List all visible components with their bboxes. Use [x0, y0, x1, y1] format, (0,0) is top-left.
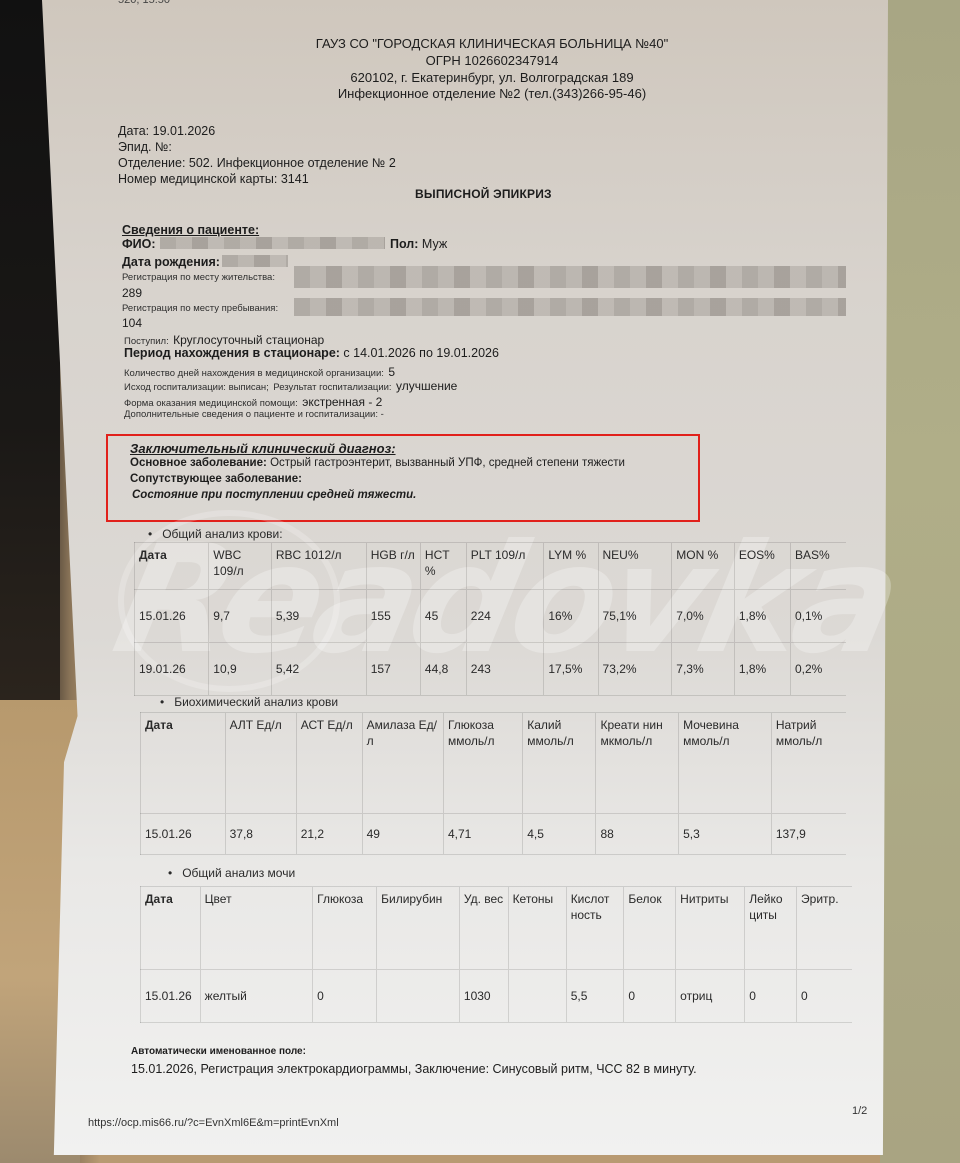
- table-cell: 49: [362, 814, 443, 855]
- department-phone: Инфекционное отделение №2 (тел.(343)266-…: [282, 86, 702, 101]
- ogrn: ОГРН 1026602347914: [282, 53, 702, 68]
- biochem-table: ДатаАЛТ Ед/лАСТ Ед/лАмилаза Ед/лГлюкоза …: [140, 712, 846, 855]
- footer-url: https://ocp.mis66.ru/?c=EvnXml6E&m=print…: [88, 1117, 339, 1129]
- form-value: экстренная - 2: [302, 395, 382, 409]
- address: 620102, г. Екатеринбург, ул. Волгоградск…: [282, 70, 702, 85]
- table-row: 15.01.2637,821,2494,714,5885,3137,9: [141, 814, 847, 855]
- sex-value: Муж: [422, 237, 447, 251]
- table-cell: 5,3: [679, 814, 772, 855]
- patient-section-title: Сведения о пациенте:: [122, 223, 259, 237]
- redacted-fio: [160, 237, 385, 249]
- table-cell: 157: [366, 643, 420, 696]
- period-field: Период нахождения в стационаре: с 14.01.…: [124, 346, 499, 360]
- extra-info: Дополнительные сведения о пациенте и гос…: [124, 409, 384, 420]
- table-cell: 224: [466, 590, 544, 643]
- column-header: Мочевина ммоль/л: [679, 713, 772, 814]
- column-header: Дата: [141, 713, 226, 814]
- period-label: Период нахождения в стационаре:: [124, 346, 340, 360]
- table-cell: 15.01.26: [141, 970, 201, 1023]
- auto-field-label: Автоматически именованное поле:: [131, 1046, 306, 1057]
- doc-date: Дата: 19.01.2026: [118, 124, 215, 138]
- table-cell: 17,5%: [544, 643, 598, 696]
- column-header: HGB г/л: [366, 543, 420, 590]
- table-cell: 73,2%: [598, 643, 672, 696]
- redacted-stay: [294, 298, 846, 316]
- urine-title: • Общий анализ мочи: [168, 866, 295, 880]
- table-cell: 9,7: [209, 590, 272, 643]
- redacted-residence: [294, 266, 846, 288]
- column-header: Амилаза Ед/л: [362, 713, 443, 814]
- fio-label: ФИО:: [122, 237, 156, 251]
- card-number: Номер медицинской карты: 3141: [118, 172, 309, 186]
- concomitant-disease: Сопутствующее заболевание:: [130, 473, 302, 485]
- table-row: 19.01.2610,95,4215744,824317,5%73,2%7,3%…: [135, 643, 847, 696]
- table-cell: 7,0%: [672, 590, 735, 643]
- column-header: WBC 109/л: [209, 543, 272, 590]
- table-cell: 7,3%: [672, 643, 735, 696]
- column-header: АСТ Ед/л: [296, 713, 362, 814]
- column-header: Дата: [135, 543, 209, 590]
- form-label: Форма оказания медицинской помощи:: [124, 398, 298, 409]
- redacted-birthdate: [222, 255, 288, 267]
- reg-residence-label: Регистрация по месту жительства:: [122, 272, 275, 283]
- reg-stay-label: Регистрация по месту пребывания:: [122, 303, 278, 314]
- column-header: Кислот ность: [566, 887, 624, 970]
- table-cell: 75,1%: [598, 590, 672, 643]
- biochem-title-text: Биохимический анализ крови: [174, 695, 338, 709]
- urine-table: ДатаЦветГлюкозаБилирубинУд. весКетоныКис…: [140, 886, 852, 1023]
- column-header: Глюкоза ммоль/л: [443, 713, 522, 814]
- blood-general-title-text: Общий анализ крови:: [162, 527, 282, 541]
- column-header: Цвет: [200, 887, 312, 970]
- page-number: 1/2: [852, 1105, 867, 1117]
- birth-label: Дата рождения:: [122, 255, 220, 269]
- table-cell: 0: [313, 970, 377, 1023]
- urine-title-text: Общий анализ мочи: [182, 866, 295, 880]
- column-header: MON %: [672, 543, 735, 590]
- table-cell: 88: [596, 814, 679, 855]
- table-cell: 0,1%: [790, 590, 846, 643]
- table-cell: 137,9: [771, 814, 846, 855]
- org-name: ГАУЗ СО "ГОРОДСКАЯ КЛИНИЧЕСКАЯ БОЛЬНИЦА …: [282, 36, 702, 51]
- table-header-row: ДатаЦветГлюкозаБилирубинУд. весКетоныКис…: [141, 887, 853, 970]
- column-header: Кетоны: [508, 887, 566, 970]
- table-cell: отриц: [676, 970, 745, 1023]
- auto-field-text: 15.01.2026, Регистрация электрокардиогра…: [131, 1062, 697, 1076]
- table-cell: 0: [624, 970, 676, 1023]
- table-cell: 1,8%: [734, 643, 790, 696]
- column-header: АЛТ Ед/л: [225, 713, 296, 814]
- admitted-value: Круглосуточный стационар: [173, 333, 324, 347]
- result-label: Результат госпитализации:: [273, 382, 391, 393]
- table-cell: 0: [745, 970, 797, 1023]
- column-header: Белок: [624, 887, 676, 970]
- table-cell: 45: [420, 590, 466, 643]
- table-cell: 0,2%: [790, 643, 846, 696]
- table-cell: 4,5: [523, 814, 596, 855]
- table-row: 15.01.26желтый010305,50отриц00: [141, 970, 853, 1023]
- column-header: EOS%: [734, 543, 790, 590]
- table-cell: желтый: [200, 970, 312, 1023]
- table-cell: 1,8%: [734, 590, 790, 643]
- main-disease-label: Основное заболевание:: [130, 457, 267, 469]
- sex-label: Пол:: [390, 237, 418, 251]
- outcome-label: Исход госпитализации: выписан;: [124, 382, 269, 393]
- column-header: Дата: [141, 887, 201, 970]
- column-header: LYM %: [544, 543, 598, 590]
- column-header: RBC 1012/л: [271, 543, 366, 590]
- reg-residence-tail: 289: [122, 286, 142, 300]
- column-header: BAS%: [790, 543, 846, 590]
- diagnosis-title: Заключительный клинический диагноз:: [130, 441, 396, 456]
- column-header: Натрий ммоль/л: [771, 713, 846, 814]
- table-cell: 15.01.26: [141, 814, 226, 855]
- column-header: Калий ммоль/л: [523, 713, 596, 814]
- column-header: Нитриты: [676, 887, 745, 970]
- doc-title: ВЫПИСНОЙ ЭПИКРИЗ: [415, 187, 552, 201]
- department: Отделение: 502. Инфекционное отделение №…: [118, 156, 396, 170]
- table-cell: 10,9: [209, 643, 272, 696]
- column-header: NEU%: [598, 543, 672, 590]
- sex-field: Пол: Муж: [390, 237, 447, 251]
- biochem-title: • Биохимический анализ крови: [160, 695, 338, 709]
- table-header-row: ДатаАЛТ Ед/лАСТ Ед/лАмилаза Ед/лГлюкоза …: [141, 713, 847, 814]
- main-disease: Основное заболевание: Острый гастроэнтер…: [130, 457, 625, 469]
- top-cut-text: 520, 15:50: [118, 0, 170, 6]
- table-cell: 243: [466, 643, 544, 696]
- column-header: Билирубин: [377, 887, 460, 970]
- period-value: с 14.01.2026 по 19.01.2026: [343, 346, 499, 360]
- table-cell: 21,2: [296, 814, 362, 855]
- column-header: Глюкоза: [313, 887, 377, 970]
- discharge-document: 520, 15:50 ГАУЗ СО "ГОРОДСКАЯ КЛИНИЧЕСКА…: [0, 0, 960, 1163]
- table-cell: 5,39: [271, 590, 366, 643]
- column-header: Уд. вес: [459, 887, 508, 970]
- table-header-row: ДатаWBC 109/лRBC 1012/лHGB г/лHCT %PLT 1…: [135, 543, 847, 590]
- column-header: Лейко циты: [745, 887, 797, 970]
- table-cell: 44,8: [420, 643, 466, 696]
- table-cell: 1030: [459, 970, 508, 1023]
- column-header: HCT %: [420, 543, 466, 590]
- main-disease-value: Острый гастроэнтерит, вызванный УПФ, сре…: [270, 457, 625, 469]
- table-cell: 0: [797, 970, 852, 1023]
- table-cell: 37,8: [225, 814, 296, 855]
- reg-stay-tail: 104: [122, 316, 142, 330]
- table-cell: 19.01.26: [135, 643, 209, 696]
- table-cell: 15.01.26: [135, 590, 209, 643]
- table-cell: 4,71: [443, 814, 522, 855]
- admission-state: Состояние при поступлении средней тяжест…: [132, 489, 416, 501]
- result-value: улучшение: [396, 379, 457, 393]
- table-cell: 155: [366, 590, 420, 643]
- column-header: Креати нин мкмоль/л: [596, 713, 679, 814]
- table-cell: 16%: [544, 590, 598, 643]
- epid-number: Эпид. №:: [118, 140, 172, 154]
- table-row: 15.01.269,75,391554522416%75,1%7,0%1,8%0…: [135, 590, 847, 643]
- table-cell: [508, 970, 566, 1023]
- table-cell: [377, 970, 460, 1023]
- table-cell: 5,42: [271, 643, 366, 696]
- column-header: PLT 109/л: [466, 543, 544, 590]
- column-header: Эритр.: [797, 887, 852, 970]
- table-cell: 5,5: [566, 970, 624, 1023]
- blood-general-title: • Общий анализ крови:: [148, 527, 283, 541]
- blood-general-table: ДатаWBC 109/лRBC 1012/лHGB г/лHCT %PLT 1…: [134, 542, 846, 696]
